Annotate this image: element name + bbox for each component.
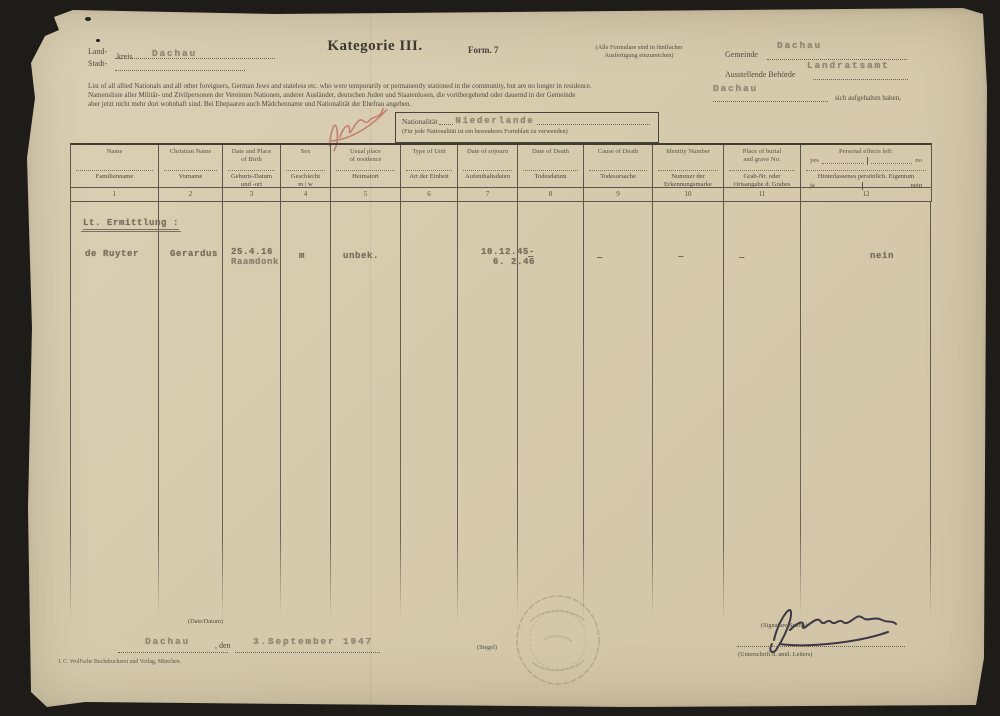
nationality-box: Nationalität Niederlande (Für jede Natio… <box>395 112 659 143</box>
col-num: 12 <box>801 188 931 201</box>
seal-label: (Siegel) <box>477 644 497 652</box>
col-num: 8 <box>518 188 584 201</box>
col-en2: of residence <box>332 156 399 164</box>
copies-note-line2: Ausfertigung einzureichen) <box>573 52 705 60</box>
nationality-note: (Für jede Nationalität ist ein besondere… <box>402 128 652 136</box>
col-en: Personal effects left: <box>802 148 930 156</box>
behoerde-value: Landratsamt <box>807 60 890 71</box>
column-line <box>158 201 159 617</box>
col-header-burial: Place of burialand grave No. Grab-Nr. od… <box>724 145 801 193</box>
entry-birth-date: 25.4.16 <box>231 247 279 257</box>
gemeinde-value: Dachau <box>777 40 822 51</box>
col-en: Date and Place <box>224 148 279 156</box>
entry-burial-dash: — <box>739 253 743 263</box>
ink-speck <box>96 39 100 42</box>
behoerde-label: Ausstellende Behörde <box>725 70 795 79</box>
col-num: 11 <box>724 188 801 201</box>
col-en: Date of Death <box>519 148 582 156</box>
column-number-row: 1 2 3 4 5 6 7 8 9 10 11 12 <box>70 187 932 202</box>
yes-label: yes <box>810 157 819 165</box>
column-line <box>457 201 458 625</box>
entry-christian-name: Gerardus <box>170 249 218 259</box>
col-header-residence: Usual placeof residence Heimatort <box>331 145 401 193</box>
col-en2: of Birth <box>224 156 279 164</box>
col-en: Type of Unit <box>402 148 456 156</box>
col-de: Todesdatum <box>519 173 582 181</box>
entry-birth-place: Raamdonk <box>231 257 279 267</box>
col-header-death-cause: Cause of Death Todesursache <box>584 145 653 193</box>
col-de: Art der Einheit <box>402 173 456 181</box>
form-number: Form. 7 <box>468 45 499 55</box>
nationality-dots-tail <box>537 124 650 125</box>
dotted-fill <box>871 163 913 164</box>
footer-date-dotted-line <box>235 652 380 653</box>
col-de: Hinterlassenes persönlich. Eigentum <box>802 173 930 181</box>
col-num: 9 <box>584 188 653 201</box>
entry-death-date-dash: — <box>528 252 532 262</box>
nationality-dots <box>439 124 453 125</box>
intro-line1-en: List of all allied Nationals and all oth… <box>88 82 708 91</box>
col-en: Christian Name <box>160 148 221 156</box>
entry-birth: 25.4.16 Raamdonk <box>231 247 279 267</box>
col-en: Cause of Death <box>585 148 651 156</box>
col-num: 4 <box>281 188 331 201</box>
date-label: (Date/Datum) <box>188 618 223 626</box>
entry-sojourn: 10.12.45- 6. 2.46 <box>463 247 535 267</box>
document-page: Land- Stadt- kreis Dachau Kategorie III.… <box>25 8 988 708</box>
section-heading: Lt. Ermittlung : <box>83 218 179 230</box>
community-dotted-line <box>713 101 828 102</box>
column-line <box>280 201 281 615</box>
col-header-name: Name Familienname <box>71 145 159 193</box>
col-header-death-date: Date of Death Todesdatum <box>518 145 584 193</box>
col-de: Todesursache <box>585 173 651 181</box>
yes-no-divider <box>867 157 868 165</box>
col-num: 3 <box>223 188 281 201</box>
entry-personal-effects: nein <box>870 251 894 261</box>
col-de: Geburts-Datum <box>224 173 279 181</box>
entry-sex: m <box>299 251 305 261</box>
col-num: 7 <box>458 188 518 201</box>
col-en: Place of burial <box>725 148 799 156</box>
col-de: Nummer der <box>654 173 722 181</box>
table-header: Name Familienname Christian Name Vorname… <box>70 143 932 193</box>
stadt-label: Stadt- <box>88 58 107 70</box>
no-label: no <box>915 157 922 165</box>
col-en: Usual place <box>332 148 399 156</box>
footer-date-value: 3.September 1947 <box>253 636 373 647</box>
nationality-value: Niederlande <box>455 116 534 126</box>
col-header-unit: Type of Unit Art der Einheit <box>401 145 458 193</box>
col-en: Identity Number <box>654 148 722 156</box>
column-line <box>400 201 401 619</box>
signature-sublabel: (Unterschrift d. amtl. Leiters) <box>738 651 812 659</box>
col-de: Grab-Nr. oder <box>725 173 799 181</box>
intro-line3-de: aber jetzt nicht mehr dort wohnhaft sind… <box>88 100 708 109</box>
section-heading-text: Lt. Ermittlung : <box>83 218 179 230</box>
nationality-label: Nationalität <box>402 117 437 126</box>
signature-dotted-line <box>737 646 905 647</box>
col-num: 10 <box>653 188 724 201</box>
yes-no-row: yes no <box>802 157 930 165</box>
footer-place-dotted-line <box>118 652 228 653</box>
col-header-identity: Identity Number Nummer derErkennungsmark… <box>653 145 724 193</box>
copies-note: (Alle Formulare sind in fünffacher Ausfe… <box>573 44 705 59</box>
column-line <box>222 201 223 623</box>
form-title: Kategorie III. <box>275 38 475 55</box>
intro-line2-de: Namensliste aller Militär- und Zivilpers… <box>88 91 708 100</box>
entry-identity-dash: — <box>678 252 682 262</box>
printer-imprint: J. C. Wolf'sche Buchdruckerei und Verlag… <box>58 659 181 665</box>
column-line <box>583 201 584 621</box>
community-value: Dachau <box>713 83 758 94</box>
entry-sojourn-from: 10.12.45- <box>463 247 535 257</box>
col-num: 1 <box>71 188 159 201</box>
col-header-birth: Date and Placeof Birth Geburts-Datumund … <box>223 145 281 193</box>
col-num: 5 <box>331 188 401 201</box>
entry-death-cause-dash: — <box>597 253 601 263</box>
col-de: Geschlecht <box>282 173 329 181</box>
dotted-fill <box>822 163 864 164</box>
col-en: Sex <box>282 148 329 156</box>
col-num: 2 <box>159 188 223 201</box>
landkreis-label-block: Land- Stadt- <box>88 46 107 70</box>
gemeinde-label: Gemeinde <box>725 50 758 59</box>
behoerde-dotted-line <box>813 79 908 80</box>
entry-name: de Ruyter <box>85 249 139 259</box>
col-de: Familienname <box>72 173 157 181</box>
den-label: , den <box>215 641 231 650</box>
entry-sojourn-to: 6. 2.46 <box>463 257 535 267</box>
land-label: Land- <box>88 46 107 58</box>
col-en2: and grave No. <box>725 156 799 164</box>
stadt-dotted-line <box>115 70 245 71</box>
column-line <box>652 201 653 619</box>
col-header-effects: Personal effects left: yes no Hinterlass… <box>801 145 931 193</box>
kreis-label: kreis <box>117 52 133 61</box>
col-en: Date of sojourn <box>459 148 516 156</box>
kreis-dotted-line <box>115 58 275 59</box>
column-line <box>800 201 801 615</box>
col-de: Vorname <box>160 173 221 181</box>
col-de: Heimatort <box>332 173 399 181</box>
col-header-christian-name: Christian Name Vorname <box>159 145 223 193</box>
footer-place-value: Dachau <box>145 636 190 647</box>
column-line <box>330 201 331 621</box>
column-line <box>70 201 71 621</box>
col-de: Aufenthaltsdaten <box>459 173 516 181</box>
col-header-sex: Sex Geschlechtm | w <box>281 145 331 193</box>
official-seal-stamp <box>511 591 605 687</box>
scan-background: Land- Stadt- kreis Dachau Kategorie III.… <box>0 0 1000 716</box>
column-line <box>723 201 724 623</box>
col-num: 6 <box>401 188 458 201</box>
copies-note-line1: (Alle Formulare sind in fünffacher <box>573 44 705 52</box>
intro-paragraph: List of all allied Nationals and all oth… <box>88 82 708 109</box>
entry-residence: unbek. <box>343 251 379 261</box>
column-line <box>930 201 931 619</box>
ink-speck <box>85 17 91 21</box>
col-header-sojourn: Date of sojourn Aufenthaltsdaten <box>458 145 518 193</box>
intro-tail-de: sich aufgehalten haben, <box>835 94 901 103</box>
col-en: Name <box>72 148 157 156</box>
